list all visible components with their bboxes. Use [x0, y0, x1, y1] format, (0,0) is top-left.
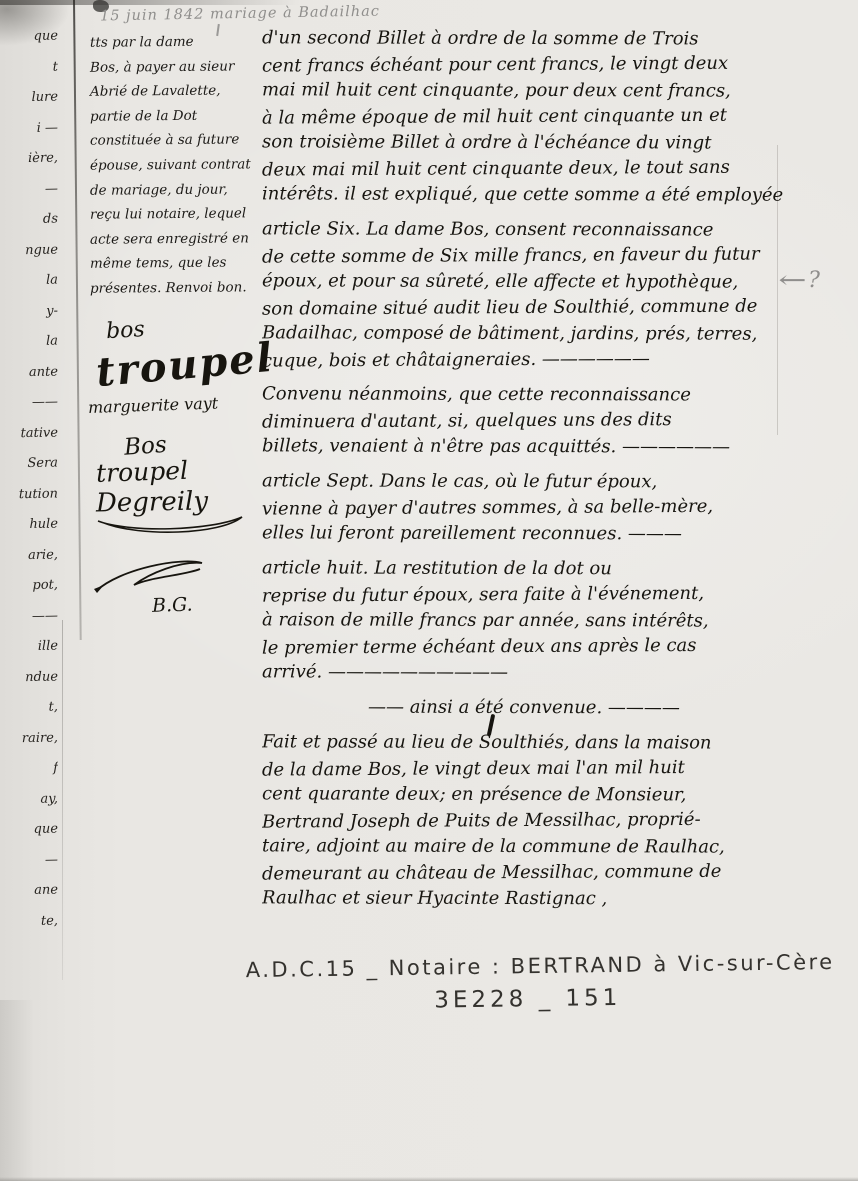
main-text-line: intérêts. il est expliqué, que cette som… [262, 181, 786, 208]
main-text-line: elles lui feront pareillement reconnues.… [262, 520, 786, 547]
margin-note-line: Abrié de Lavalette, [90, 78, 262, 104]
adjacent-page-text-fragment: la [0, 265, 58, 297]
paragraph-fait-et-passe: Fait et passé au lieu de Soulthiés, dans… [262, 730, 786, 912]
margin-note-line: même tems, que les [90, 251, 262, 277]
main-text-line: article Sept. Dans le cas, où le futur é… [262, 468, 786, 495]
adjacent-page-text-fragment: te, [0, 906, 58, 938]
adjacent-page-text-fragment: arie, [0, 540, 58, 572]
adjacent-page-text-fragment: ille [0, 631, 58, 663]
main-text-line: vienne à payer d'autres sommes, à sa bel… [262, 493, 786, 522]
paragraph-article-six: article Six. La dame Bos, consent reconn… [262, 217, 786, 373]
main-text-line: Fait et passé au lieu de Soulthiés, dans… [262, 729, 786, 756]
main-text-line: diminuera d'autant, si, quelques uns des… [262, 406, 786, 435]
archival-reference-note: A.D.C.15 _ Notaire : BERTRAND à Vic-sur-… [246, 950, 836, 1016]
page-fold-line [73, 0, 82, 640]
main-text-line: mai mil huit cent cinquante, pour deux c… [262, 77, 786, 104]
main-text-line: de cette somme de Six mille francs, en f… [262, 241, 786, 270]
adjacent-page-text-fragment: raire, [0, 723, 58, 755]
adjacent-page-text-fragment: — [0, 845, 58, 877]
main-text-line: Badailhac, composé de bâtiment, jardins,… [262, 320, 786, 347]
adjacent-page-text-fragment: t, [0, 692, 58, 724]
archival-reference-line2: 3E228 _ 151 [434, 982, 835, 1014]
main-text-line: Raulhac et sieur Hyacinte Rastignac , [262, 885, 786, 912]
adjacent-page-text-fragment: lure [0, 82, 58, 114]
adjacent-page-text-fragment: —— [0, 601, 58, 633]
main-text-line: Convenu néanmoins, que cette reconnaissa… [262, 381, 786, 408]
main-text-line: d'un second Billet à ordre de la somme d… [262, 25, 786, 52]
adjacent-page-text-fragment: — [0, 174, 58, 206]
margin-renvoi-note: tts par la dameBos, à payer au sieurAbri… [90, 30, 262, 301]
paragraph-ainsi-convenue: —— ainsi a été convenue. ———— [262, 695, 786, 721]
margin-note-line: reçu lui notaire, lequel [90, 201, 262, 227]
paragraph-convenu: Convenu néanmoins, que cette reconnaissa… [262, 382, 786, 460]
adjacent-page-text-fragment: pot, [0, 570, 58, 602]
adjacent-page-text-fragment: Sera [0, 448, 58, 480]
adjacent-page-text-fragment: i — [0, 113, 58, 145]
main-text-line: époux, et pour sa sûreté, elle affecte e… [262, 268, 786, 295]
adjacent-page-text-fragment: ière, [0, 143, 58, 175]
adjacent-page-text-fragment: tution [0, 479, 58, 511]
paragraph-article-huit: article huit. La restitution de la dot o… [262, 556, 786, 686]
main-text-body: d'un second Billet à ordre de la somme d… [262, 26, 786, 921]
main-text-line: article Six. La dame Bos, consent reconn… [262, 216, 786, 243]
margin-note-line: de mariage, du jour, [90, 177, 262, 203]
main-text-line: cent quarante deux; en présence de Monsi… [262, 781, 786, 808]
signatures-block: bos troupel marguerite vayt Bos troupel … [90, 315, 262, 615]
main-text-line: reprise du futur époux, sera faite à l'é… [262, 580, 786, 609]
margin-column: tts par la dameBos, à payer au sieurAbri… [90, 30, 262, 615]
adjacent-page-text-fragment: t [0, 52, 58, 84]
adjacent-page-text-fragment: ane [0, 875, 58, 907]
main-text-line: à la même époque de mil huit cent cinqua… [262, 102, 786, 131]
main-text-line: cent francs échéant pour cent francs, le… [262, 50, 786, 79]
main-text-line: cuque, bois et châtaigneraies. —————— [262, 345, 786, 374]
adjacent-page-text-fragment: ngue [0, 235, 58, 267]
main-text-line: demeurant au château de Messilhac, commu… [262, 858, 786, 887]
paragraph-article-sept: article Sept. Dans le cas, où le futur é… [262, 469, 786, 547]
adjacent-page-text-fragment: ay, [0, 784, 58, 816]
archival-reference-line1: A.D.C.15 _ Notaire : BERTRAND à Vic-sur-… [246, 950, 835, 982]
adjacent-page-text-fragment: y- [0, 296, 58, 328]
margin-note-line: Bos, à payer au sieur [90, 54, 262, 80]
main-text-line: billets, venaient à n'être pas acquittés… [262, 433, 786, 460]
signature-paraph-flourish [90, 551, 230, 597]
margin-note-line: partie de la Dot [90, 103, 262, 129]
adjacent-page-text-fragment: ndue [0, 662, 58, 694]
main-text-line: Bertrand Joseph de Puits de Messilhac, p… [262, 806, 786, 835]
adjacent-page-text-fragment: f [0, 753, 58, 785]
main-text-line: à raison de mille francs par année, sans… [262, 607, 786, 634]
pencil-margin-mark: ← ? [782, 266, 820, 294]
adjacent-page-fragments: quetlurei —ière,—dsnguelay-laante——tativ… [0, 22, 58, 937]
adjacent-page-text-fragment: la [0, 326, 58, 358]
paper-edge-shading [0, 1000, 34, 1181]
signature-troupel-large: troupel [94, 334, 263, 395]
adjacent-page-text-fragment: ds [0, 204, 58, 236]
margin-note-line: épouse, suivant contrat [90, 152, 262, 178]
main-text-line: article huit. La restitution de la dot o… [262, 555, 786, 582]
main-text-line: arrivé. —————————— [262, 659, 786, 686]
adjacent-page-text-fragment: ante [0, 357, 58, 389]
adjacent-page-text-fragment: hule [0, 509, 58, 541]
paragraph-billets: d'un second Billet à ordre de la somme d… [262, 26, 786, 208]
adjacent-page-text-fragment: tative [0, 418, 58, 450]
pencil-date-annotation: 15 juin 1842 mariage à Badailhac [100, 4, 380, 25]
margin-note-line: acte sera enregistré en [90, 226, 262, 252]
main-text-line: deux mai mil huit cent cinquante deux, l… [262, 154, 786, 183]
page-fold-line-faint [62, 620, 63, 980]
signature-troupel-2: troupel [96, 453, 263, 488]
main-text-line: taire, adjoint au maire de la commune de… [262, 833, 786, 860]
main-text-line: le premier terme échéant deux ans après … [262, 632, 786, 661]
margin-note-line: constituée à sa future [90, 128, 262, 154]
adjacent-page-text-fragment: que [0, 814, 58, 846]
main-text-line: —— ainsi a été convenue. ———— [262, 694, 786, 721]
signature-initials-bg: B.G. [152, 591, 263, 617]
main-text-line: son troisième Billet à ordre à l'échéanc… [262, 129, 786, 156]
pencil-question-mark: ? [808, 268, 820, 293]
adjacent-page-text-fragment: —— [0, 387, 58, 419]
margin-note-line: tts par la dame [90, 29, 262, 55]
scanned-document-page: quetlurei —ière,—dsnguelay-laante——tativ… [0, 0, 858, 1181]
main-text-line: son domaine situé audit lieu de Soulthié… [262, 293, 786, 322]
margin-note-line: présentes. Renvoi bon. [90, 275, 262, 301]
scan-bottom-edge-shadow [0, 1177, 858, 1181]
adjacent-page-text-fragment: que [0, 21, 58, 53]
main-text-line: de la dame Bos, le vingt deux mai l'an m… [262, 754, 786, 783]
signature-marguerite-vayt: marguerite vayt [88, 392, 263, 417]
signature-degreily: Degreily [96, 485, 262, 518]
